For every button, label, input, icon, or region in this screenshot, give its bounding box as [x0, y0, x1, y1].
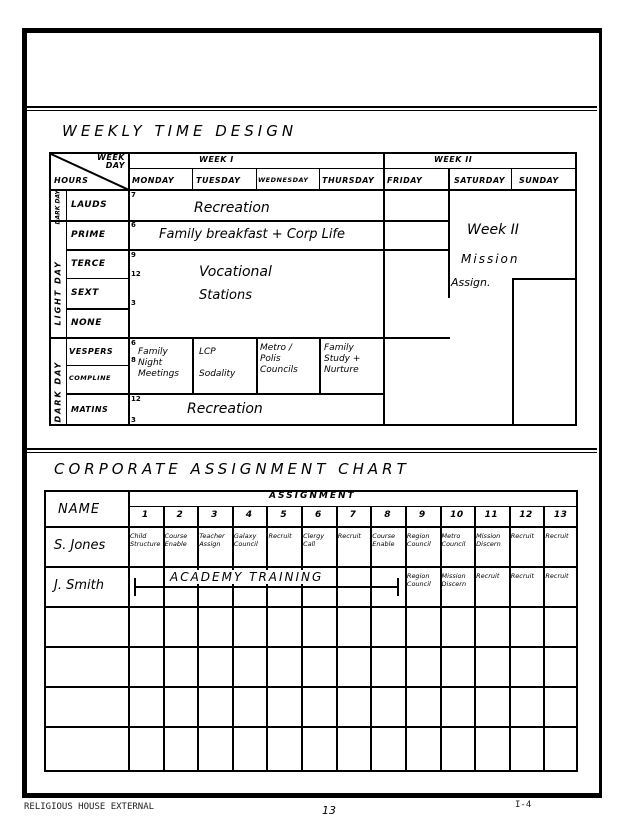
column-divider — [266, 506, 268, 772]
assignment-cell: Recruit — [545, 572, 576, 580]
hour-matins: MATINS — [71, 405, 108, 414]
name-header: NAME — [58, 502, 100, 517]
block-family-study: FamilyStudy +Nurture — [324, 343, 360, 376]
column-header: 5 — [266, 510, 301, 520]
day-tuesday: TUESDAY — [196, 176, 240, 185]
block-prime-breakfast: Family breakfast + Corp Life — [159, 227, 345, 242]
line: Nurture — [324, 365, 359, 375]
assignment-cell: Recruit — [268, 532, 299, 540]
assignment-cell: Recruit — [511, 572, 542, 580]
line: Family — [324, 343, 354, 353]
hour-prime: PRIME — [71, 230, 105, 240]
span-bar-cap — [397, 578, 399, 596]
hour-compline: COMPLINE — [69, 374, 111, 382]
group-label-dark-day-top: DARK DAY — [55, 179, 62, 225]
block-matins-recreation: Recreation — [187, 401, 263, 417]
block-metro-councils: Metro /PolisCouncils — [260, 343, 298, 376]
line: Meetings — [138, 369, 179, 379]
assignment-chart-title: CORPORATE ASSIGNMENT CHART — [54, 460, 410, 478]
column-divider — [509, 506, 511, 772]
assignment-cell: Region Council — [407, 572, 438, 588]
column-header: 2 — [163, 510, 198, 520]
hour-sext: SEXT — [71, 288, 99, 298]
assignment-cell: Recruit — [545, 532, 576, 540]
column-divider — [336, 506, 338, 772]
column-header: 6 — [301, 510, 336, 520]
corner-weekday-label: WEEK DAY — [79, 154, 125, 170]
time-mark: 7 — [131, 191, 136, 199]
divider — [27, 448, 597, 450]
block-week2-line1: Week II — [467, 222, 519, 238]
time-mark: 8 — [131, 356, 136, 364]
line: LCP — [199, 347, 216, 357]
line: Night — [138, 358, 162, 368]
column-header: 10 — [440, 510, 475, 520]
assignment-cell: Clergy Call — [303, 532, 334, 548]
assignment-chart-table: NAME ASSIGNMENT 12345678910111213S. Jone… — [44, 490, 578, 772]
hour-lauds: LAUDS — [71, 200, 107, 210]
divider — [27, 452, 597, 453]
day-sunday: SUNDAY — [519, 176, 559, 185]
block-lauds-recreation: Recreation — [194, 200, 270, 216]
row-name: S. Jones — [54, 538, 105, 553]
span-label: ACADEMY TRAINING — [168, 570, 325, 584]
sunday-box — [512, 278, 577, 426]
assignment-cell: Child Structure — [130, 532, 161, 548]
assignment-cell: Mission Discern — [476, 532, 507, 548]
time-mark: 12 — [131, 270, 141, 278]
time-mark: 6 — [131, 221, 136, 229]
day-wednesday: WEDNESDAY — [258, 176, 308, 184]
span-bar — [134, 586, 399, 588]
column-header: 4 — [232, 510, 267, 520]
divider — [27, 110, 597, 111]
time-mark: 12 — [131, 395, 141, 403]
column-header: 8 — [370, 510, 405, 520]
block-vocational-line1: Vocational — [199, 264, 272, 280]
line: Councils — [260, 365, 298, 375]
hour-vespers: VESPERS — [69, 347, 113, 356]
hour-terce: TERCE — [71, 259, 105, 269]
time-mark: 9 — [131, 251, 136, 259]
assignment-header: ASSIGNMENT — [269, 491, 356, 501]
column-divider — [543, 506, 545, 772]
assignment-cell: Mission Discern — [442, 572, 473, 588]
block-week2-line3: Assign. — [451, 276, 491, 289]
weekly-time-design-table: WEEK DAY HOURS WEEK I WEEK II MONDAY TUE… — [49, 152, 577, 426]
time-mark: 6 — [131, 339, 136, 347]
assignment-cell: Recruit — [511, 532, 542, 540]
hour-none: NONE — [71, 318, 102, 328]
row-divider — [44, 646, 578, 648]
column-header: 3 — [197, 510, 232, 520]
column-header: 11 — [474, 510, 509, 520]
assignment-cell: Teacher Assign — [199, 532, 230, 548]
group-label-dark-day-bottom: DARK DAY — [54, 341, 63, 423]
block-family-night: FamilyNightMeetings — [138, 347, 179, 380]
assignment-cell: Galaxy Council — [234, 532, 265, 548]
assignment-cell: Recruit — [338, 532, 369, 540]
day-friday: FRIDAY — [387, 176, 422, 185]
divider — [27, 106, 597, 108]
span-bar-cap — [134, 578, 136, 596]
line: Polis — [260, 354, 281, 364]
row-name: J. Smith — [54, 578, 104, 593]
group-label-light-day: LIGHT DAY — [54, 228, 63, 326]
line: Family — [138, 347, 168, 357]
row-divider — [44, 566, 578, 568]
day-monday: MONDAY — [132, 176, 174, 185]
row-divider — [44, 686, 578, 688]
row-divider — [44, 726, 578, 728]
assignment-cell: Recruit — [476, 572, 507, 580]
assignment-cell: Course Enable — [372, 532, 403, 548]
day-saturday: SATURDAY — [454, 176, 505, 185]
block-vocational-line2: Stations — [199, 288, 252, 303]
grid-line — [44, 526, 578, 528]
line: Study + — [324, 354, 360, 364]
time-mark: 3 — [131, 416, 136, 424]
footer-left: RELIGIOUS HOUSE EXTERNAL — [24, 802, 154, 812]
column-header: 9 — [405, 510, 440, 520]
week-1-label: WEEK I — [199, 155, 234, 164]
assignment-cell: Metro Council — [442, 532, 473, 548]
column-header: 7 — [336, 510, 371, 520]
block-lcp-sodality: LCPSodality — [199, 347, 235, 380]
column-header: 13 — [543, 510, 578, 520]
line: Sodality — [199, 369, 235, 379]
page-number: 13 — [322, 804, 336, 817]
column-header: 12 — [509, 510, 544, 520]
week-2-label: WEEK II — [434, 155, 472, 164]
column-header: 1 — [128, 510, 163, 520]
time-mark: 3 — [131, 299, 136, 307]
block-week2-line2: Mission — [461, 252, 519, 266]
row-divider — [44, 606, 578, 608]
weekly-time-design-title: WEEKLY TIME DESIGN — [62, 122, 297, 140]
assignment-cell: Course Enable — [165, 532, 196, 548]
assignment-cell: Region Council — [407, 532, 438, 548]
footer-right: I-4 — [515, 800, 531, 810]
day-thursday: THURSDAY — [322, 176, 374, 185]
line: Metro / — [260, 343, 292, 353]
